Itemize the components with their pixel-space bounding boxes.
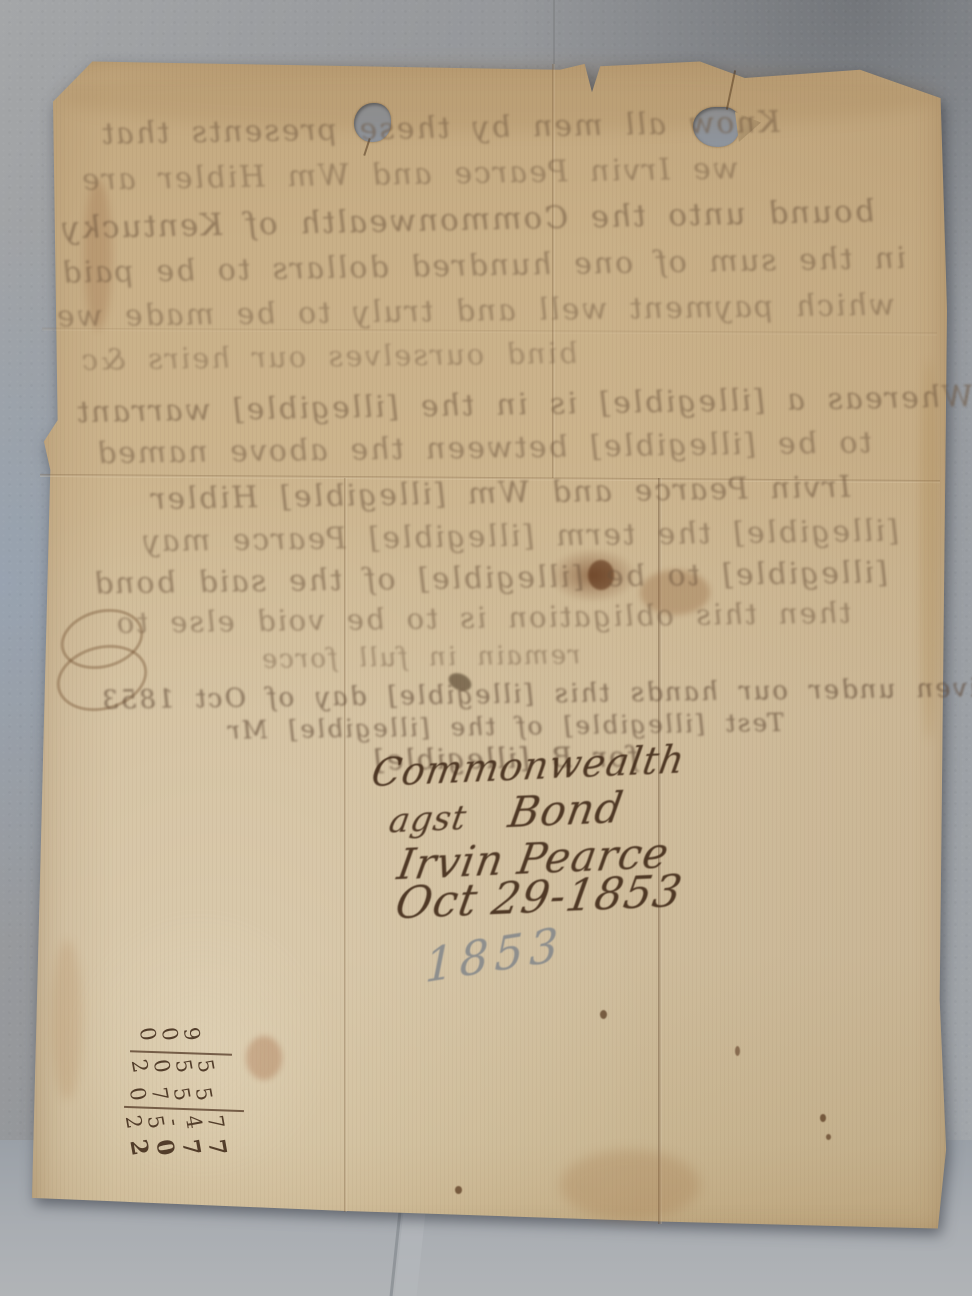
- arithmetic-row: 0 7 5 5: [130, 1082, 212, 1106]
- stain-top-band: [60, 62, 940, 132]
- arithmetic-row: 0 0 9: [140, 1022, 200, 1046]
- arithmetic-row: 2 5 - 4 7: [126, 1110, 223, 1134]
- stain-bottom-middle: [560, 1150, 700, 1220]
- arithmetic-row: 2 0 5 5: [132, 1054, 214, 1078]
- arithmetic-total-row: 2 0 7 7: [130, 1134, 226, 1161]
- ink-speck-3: [826, 1134, 831, 1140]
- ink-speck-4: [455, 1186, 462, 1194]
- stain-center-right: [640, 570, 710, 615]
- stain-center-core: [588, 560, 614, 590]
- docket-bond: Bond: [505, 783, 627, 837]
- docket-agst: agst: [386, 798, 470, 842]
- ink-speck-5: [735, 1046, 740, 1056]
- stain-right-edge-band: [920, 360, 938, 740]
- photograph-scene: Know all men by these presents that we I…: [0, 0, 972, 1296]
- ink-speck-2: [820, 1114, 826, 1122]
- stain-left-edge: [84, 180, 112, 330]
- ink-speck-1: [600, 1010, 607, 1019]
- fold-crease-vertical-left: [344, 478, 347, 1212]
